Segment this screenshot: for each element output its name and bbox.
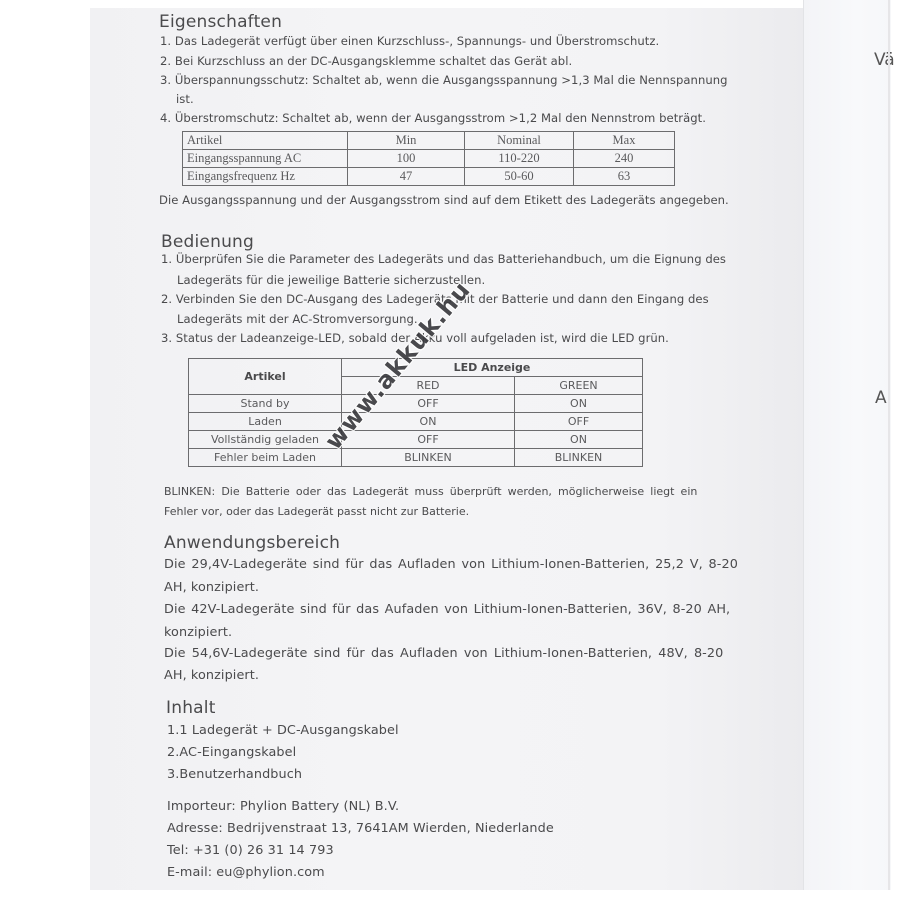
- list-item-continuation: Ladegeräts mit der AC-Stromversorgung.: [177, 312, 418, 326]
- usage-line: AH, konzipiert.: [164, 668, 259, 683]
- table-cell: 100: [348, 150, 465, 168]
- table-header-row: Artikel Min Nominal Max: [183, 132, 675, 150]
- table-cell: ON: [515, 395, 643, 413]
- table-row: Vollständig geladen OFF ON: [189, 431, 643, 449]
- table-cell: 110-220: [465, 150, 574, 168]
- email-line: E-mail: eu@phylion.com: [167, 865, 325, 880]
- table-row: Eingangsfrequenz Hz 47 50-60 63: [183, 168, 675, 186]
- table-row: Eingangsspannung AC 100 110-220 240: [183, 150, 675, 168]
- table-header-row: Artikel LED Anzeige: [189, 359, 643, 377]
- table-group-header: LED Anzeige: [342, 359, 643, 377]
- table-cell: Vollständig geladen: [189, 431, 342, 449]
- usage-line: konzipiert.: [164, 625, 232, 640]
- list-item: 4. Überstromschutz: Schaltet ab, wenn de…: [160, 111, 706, 125]
- importer-line: Importeur: Phylion Battery (NL) B.V.: [167, 799, 399, 814]
- adjacent-page: Vä Al: [803, 0, 891, 890]
- blinken-note: Fehler vor, oder das Ladegerät passt nic…: [164, 505, 469, 518]
- output-note: Die Ausgangsspannung und der Ausgangsstr…: [159, 193, 729, 207]
- led-status-table: Artikel LED Anzeige RED GREEN Stand by O…: [188, 358, 643, 467]
- section-title-inhalt: Inhalt: [166, 698, 216, 718]
- content-item: 3.Benutzerhandbuch: [167, 767, 302, 782]
- table-cell: OFF: [342, 395, 515, 413]
- table-header: Min: [348, 132, 465, 150]
- content-item: 1.1 Ladegerät + DC-Ausgangskabel: [167, 723, 399, 738]
- page-edge: [888, 0, 890, 890]
- section-title-bedienung: Bedienung: [161, 232, 254, 252]
- table-header: Artikel: [183, 132, 348, 150]
- table-cell: BLINKEN: [515, 449, 643, 467]
- phone-line: Tel: +31 (0) 26 31 14 793: [167, 843, 334, 858]
- list-item: 2. Verbinden Sie den DC-Ausgang des Lade…: [161, 292, 709, 306]
- table-cell: Eingangsfrequenz Hz: [183, 168, 348, 186]
- table-cell: ON: [515, 431, 643, 449]
- table-header-green: GREEN: [515, 377, 643, 395]
- list-item: 1. Überprüfen Sie die Parameter des Lade…: [161, 252, 726, 266]
- table-header: Artikel: [189, 359, 342, 395]
- table-cell: ON: [342, 413, 515, 431]
- list-item-continuation: ist.: [176, 92, 194, 106]
- table-header: Max: [574, 132, 675, 150]
- usage-line: Die 29,4V-Ladegeräte sind für das Auflad…: [164, 557, 738, 572]
- list-item-continuation: Ladegeräts für die jeweilige Batterie si…: [177, 273, 485, 287]
- list-item: 1. Das Ladegerät verfügt über einen Kurz…: [160, 34, 659, 48]
- list-item: 3. Status der Ladeanzeige-LED, sobald de…: [161, 331, 669, 345]
- table-cell: 50-60: [465, 168, 574, 186]
- list-item: 3. Überspannungsschutz: Schaltet ab, wen…: [160, 73, 728, 87]
- address-line: Adresse: Bedrijvenstraat 13, 7641AM Wier…: [167, 821, 554, 836]
- usage-line: Die 42V-Ladegeräte sind für das Aufaden …: [164, 602, 730, 617]
- blinken-note: BLINKEN: Die Batterie oder das Ladegerät…: [164, 485, 720, 498]
- table-cell: BLINKEN: [342, 449, 515, 467]
- table-cell: 240: [574, 150, 675, 168]
- content-item: 2.AC-Eingangskabel: [167, 745, 296, 760]
- table-cell: Stand by: [189, 395, 342, 413]
- table-header: Nominal: [465, 132, 574, 150]
- section-title-anwendungsbereich: Anwendungsbereich: [164, 533, 340, 553]
- adjacent-page-fragment: Vä: [874, 50, 895, 70]
- list-item: 2. Bei Kurzschluss an der DC-Ausgangskle…: [160, 54, 572, 68]
- table-cell: OFF: [342, 431, 515, 449]
- table-cell: Eingangsspannung AC: [183, 150, 348, 168]
- usage-line: AH, konzipiert.: [164, 580, 259, 595]
- table-header-red: RED: [342, 377, 515, 395]
- table-row: Laden ON OFF: [189, 413, 643, 431]
- table-cell: 63: [574, 168, 675, 186]
- table-cell: 47: [348, 168, 465, 186]
- table-row: Stand by OFF ON: [189, 395, 643, 413]
- table-cell: Fehler beim Laden: [189, 449, 342, 467]
- spec-table: Artikel Min Nominal Max Eingangsspannung…: [182, 131, 675, 186]
- table-cell: Laden: [189, 413, 342, 431]
- usage-line: Die 54,6V-Ladegeräte sind für das Auflad…: [164, 646, 723, 661]
- section-title-eigenschaften: Eigenschaften: [159, 12, 282, 32]
- table-cell: OFF: [515, 413, 643, 431]
- table-row: Fehler beim Laden BLINKEN BLINKEN: [189, 449, 643, 467]
